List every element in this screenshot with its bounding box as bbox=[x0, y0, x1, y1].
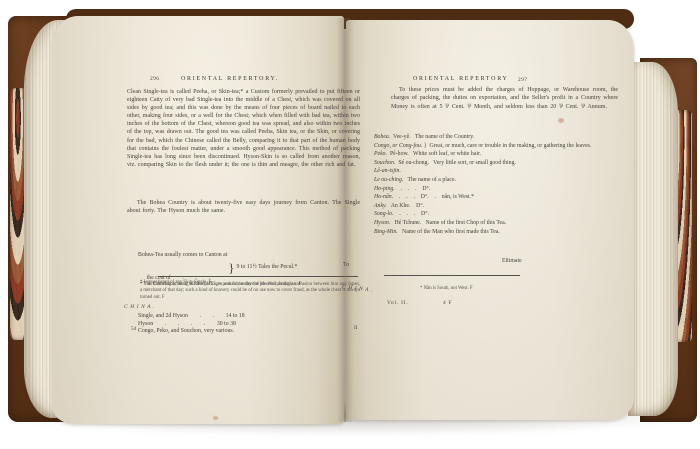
tea-name-glossary: Bohea. Vee-yê. The name of the Country. … bbox=[374, 133, 622, 236]
glossary-term: Anky. bbox=[374, 203, 387, 209]
right-margin-number: II bbox=[354, 325, 357, 331]
glossary-definition: Hé Tchune. Name of the first Chop of thi… bbox=[390, 220, 506, 226]
glossary-definition: Vee-yê. The name of the Country. bbox=[390, 134, 474, 140]
foxing-speck bbox=[558, 118, 564, 123]
table-row: Bohea-Tea usually comes to Canton at bbox=[138, 252, 227, 260]
right-footnote-rule bbox=[384, 275, 520, 276]
glossary-row: Souchon. Sé ou-chong. Very little sort, … bbox=[374, 159, 622, 168]
glossary-row: Ho-nân. . . . D°. . nân, is West.* bbox=[374, 193, 622, 202]
glossary-row: Ho-ping. . . . D°. bbox=[374, 185, 622, 194]
left-margin-number: 54 bbox=[131, 326, 136, 332]
glossary-row: Bohea. Vee-yê. The name of the Country. bbox=[374, 133, 622, 142]
glossary-definition: } Great, or much, care or trouble in the… bbox=[422, 143, 591, 149]
glossary-term: Hyson. bbox=[374, 220, 390, 226]
price-value: 9 to 11½ Tales the Pecul.* bbox=[237, 264, 298, 272]
glossary-term: Bing-Min. bbox=[374, 229, 398, 235]
glossary-row: Hyson. Hé Tchune. Name of the first Chop… bbox=[374, 219, 622, 228]
glossary-definition: . . . D°. bbox=[395, 186, 431, 192]
glossary-definition: Name of the Man who first made this Tea. bbox=[398, 229, 500, 235]
glossary-term: Peko. bbox=[374, 151, 387, 157]
glossary-term: Ho-ping. bbox=[374, 186, 395, 192]
glossary-term: Bohea. bbox=[374, 134, 390, 140]
left-catchword: To bbox=[343, 262, 349, 268]
glossary-term: Lê-an-tsjin. bbox=[374, 168, 401, 174]
glossary-term: Ho-nân. bbox=[374, 194, 393, 200]
glossary-row: Song-lo. . . . D°. bbox=[374, 210, 622, 219]
volume-label: Vol. II. bbox=[387, 300, 408, 306]
gathering-signature: 4 F bbox=[443, 300, 452, 306]
right-catchword: Eſtimate bbox=[502, 258, 522, 264]
right-running-title: ORIENTAL REPERTORY bbox=[413, 76, 507, 82]
right-paragraph-1: To these prices must be added the charge… bbox=[391, 86, 618, 111]
left-footnote-rule bbox=[158, 276, 358, 277]
left-paragraph-2: The Bohea Country is about twenty-five e… bbox=[127, 199, 360, 215]
brace-glyph: } bbox=[228, 261, 234, 274]
gutter-shadow bbox=[337, 18, 353, 422]
table-row: Hyson . . . . 30 to 38 bbox=[138, 321, 236, 329]
glossary-definition: . . . D°. bbox=[393, 211, 429, 217]
left-margin-note: CHINA. bbox=[124, 304, 157, 310]
glossary-term: Le ou-ching. bbox=[374, 177, 403, 183]
glossary-term: Congo, or Cong-fou. bbox=[374, 143, 422, 149]
left-page-number: 296 bbox=[150, 76, 159, 82]
glossary-definition: Sé ou-chong. Very little sort, or small … bbox=[395, 160, 516, 166]
glossary-row: Le ou-ching. The name of a place. bbox=[374, 176, 622, 185]
glossary-definition: Pê-how. White soft leaf, or white hair. bbox=[387, 151, 481, 157]
footnote: * This Calculation, being made in 1755, … bbox=[140, 282, 301, 288]
glossary-term: Song-lo. bbox=[374, 211, 393, 217]
price-table: Bohea-Tea usually comes to Canton at the… bbox=[138, 222, 364, 336]
table-row: Single, and 2d Hyson . . 14 to 18 bbox=[138, 313, 245, 321]
foxing-speck bbox=[213, 416, 218, 420]
glossary-row: Peko. Pê-how. White soft leaf, or white … bbox=[374, 150, 622, 159]
left-running-title: ORIENTAL REPERTORY. bbox=[181, 76, 277, 82]
glossary-definition: The name of a place. bbox=[403, 177, 456, 183]
right-page-number: 297 bbox=[518, 77, 527, 83]
table-row: Congo, Peko, and Souchon, very various. bbox=[138, 328, 234, 336]
glossary-term: Souchon. bbox=[374, 160, 395, 166]
glossary-definition: . . . D°. . nân, is West.* bbox=[393, 194, 474, 200]
glossary-row: Anky. An Khe. D°. bbox=[374, 202, 622, 211]
glossary-row: Lê-an-tsjin. bbox=[374, 167, 622, 176]
right-page-stack-edge bbox=[628, 62, 678, 416]
book-photo: 296 ORIENTAL REPERTORY. Clean Single-tea… bbox=[0, 0, 700, 449]
right-footnote: * Nân is South, not West. F bbox=[420, 286, 600, 292]
glossary-row: Congo, or Cong-fou. } Great, or much, ca… bbox=[374, 142, 622, 151]
glossary-row: Bing-Min. Name of the Man who first made… bbox=[374, 228, 622, 237]
glossary-definition: An Khe. D°. bbox=[387, 203, 424, 209]
left-paragraph-1: Clean Single-tea is called Peeha, or Ski… bbox=[127, 88, 360, 169]
